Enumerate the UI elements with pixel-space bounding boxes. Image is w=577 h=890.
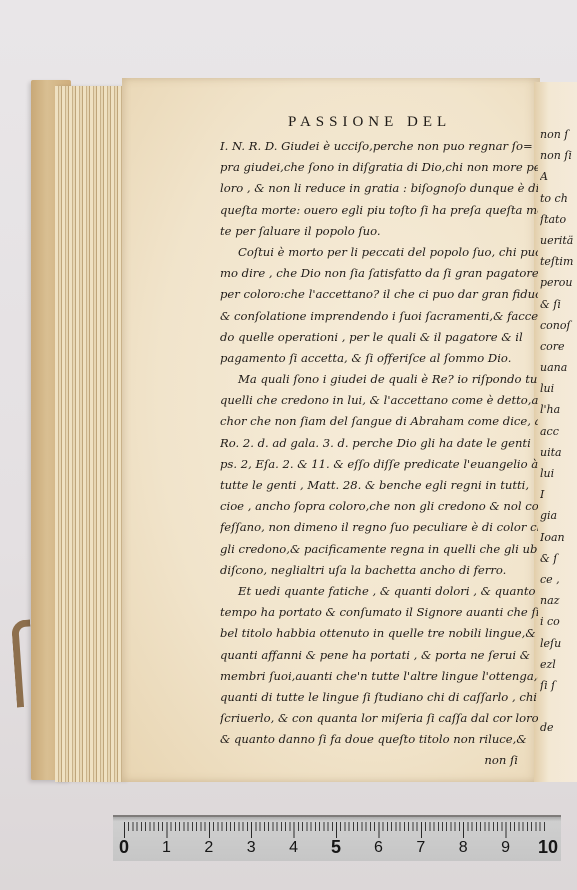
ruler-label: 0 [119, 837, 129, 858]
text-line: quanti affanni & pene ha portati , & por… [220, 645, 538, 666]
text-line: pagamento ſi accetta, & ſi offeriſce al … [220, 348, 538, 369]
text-line: tempo ha portato & conſumato il Signore … [220, 602, 538, 623]
text-line: loro , & non li reduce in gratia : biſog… [220, 178, 538, 199]
text-fragment: de [540, 717, 577, 738]
text-line: Coſtui è morto per li peccati del popolo… [220, 242, 538, 263]
text-line: gli credono,& pacificamente regna in que… [220, 539, 538, 560]
text-fragment: gia [540, 505, 577, 526]
text-line: chor che non ſiam del ſangue di Abraham … [220, 411, 538, 432]
text-fragment: uita [540, 442, 577, 463]
text-fragment [540, 696, 577, 717]
text-line: quelli che credono in lui, & l'accettano… [220, 390, 538, 411]
text-fragment: ce , [540, 569, 577, 590]
text-line: ps. 2, Eſa. 2. & 11. & eſſo diſſe predic… [220, 454, 538, 475]
text-line: te per ſaluare il popolo ſuo. [220, 221, 538, 242]
page-text: I. N. R. D. Giudei è ucciſo,perche non p… [220, 136, 538, 772]
page-edges [55, 86, 125, 782]
text-fragment: ſi ſ [540, 675, 577, 696]
text-fragment: teſtim [540, 251, 577, 272]
ruler-label: 4 [289, 839, 298, 857]
text-fragment: & ſi [540, 294, 577, 315]
text-line: queſta morte: ouero egli piu toſto ſi ha… [220, 200, 538, 221]
catchword: non ſi [220, 750, 538, 771]
text-fragment: acc [540, 421, 577, 442]
ruler-label: 7 [416, 839, 425, 857]
text-line: Ro. 2. d. ad gala. 3. d. perche Dio gli … [220, 433, 538, 454]
text-line: ſcriuerlo, & con quanta lor miſeria ſi c… [220, 708, 538, 729]
text-line: cioe , ancho ſopra coloro,che non gli cr… [220, 496, 538, 517]
text-fragment: perou [540, 272, 577, 293]
text-fragment: conoſ [540, 315, 577, 336]
text-fragment: ezl [540, 654, 577, 675]
text-line: mo dire , che Dio non ſia ſatisfatto da … [220, 263, 538, 284]
text-line: I. N. R. D. Giudei è ucciſo,perche non p… [220, 136, 538, 157]
text-fragment: non ſi [540, 145, 577, 166]
text-line: pra giudei,che ſono in diſgratia di Dio,… [220, 157, 538, 178]
text-line: Ma quali ſono i giudei de quali è Re? io… [220, 369, 538, 390]
text-line: diſcono, neglialtri uſa la bachetta anch… [220, 560, 538, 581]
ruler-label: 3 [247, 839, 256, 857]
ruler-label: 6 [374, 839, 383, 857]
text-line: do quelle operationi , per le quali & il… [220, 327, 538, 348]
text-fragment: uana [540, 357, 577, 378]
text-fragment: leſu [540, 633, 577, 654]
ruler-label: 9 [501, 839, 510, 857]
text-fragment: ueritä [540, 230, 577, 251]
text-fragment: lui [540, 463, 577, 484]
text-fragment: A [540, 166, 577, 187]
text-fragment: to ch [540, 188, 577, 209]
text-line: quanti di tutte le lingue ſi ſtudiano ch… [220, 687, 538, 708]
text-line: per coloro:che l'accettano? il che ci pu… [220, 284, 538, 305]
book-photo: PASSIONE DEL I. N. R. D. Giudei è ucciſo… [0, 0, 577, 890]
running-head: PASSIONE DEL [288, 114, 451, 131]
text-fragment: lui [540, 378, 577, 399]
text-fragment: & ſ [540, 548, 577, 569]
text-fragment: I [540, 484, 577, 505]
ruler-label: 8 [459, 839, 468, 857]
text-line: & conſolatione imprendendo i ſuoi ſacram… [220, 306, 538, 327]
text-line: bel titolo habbia ottenuto in quelle tre… [220, 623, 538, 644]
ruler-label: 1 [162, 839, 171, 857]
text-line: feſſano, non dimeno il regno ſuo peculia… [220, 517, 538, 538]
ruler-label: 5 [331, 837, 341, 858]
ruler-ticks [124, 822, 548, 838]
text-line: Et uedi quante fatiche , & quanti dolori… [220, 581, 538, 602]
text-fragment: core [540, 336, 577, 357]
ruler-label: 2 [204, 839, 213, 857]
text-line: membri ſuoi,auanti che'n tutte l'altre l… [220, 666, 538, 687]
text-fragment: i co [540, 611, 577, 632]
text-fragment: non ſ [540, 124, 577, 145]
text-line: tutte le genti , Matt. 28. & benche egli… [220, 475, 538, 496]
right-page-text: non ſ non ſi A to ch ſtato ueritä teſtim… [540, 124, 577, 738]
text-fragment: ſtato [540, 209, 577, 230]
text-line: & quanto danno ſi fa doue queſto titolo … [220, 729, 538, 750]
text-fragment: Ioan [540, 527, 577, 548]
scale-ruler: 0 1 2 3 4 5 6 7 8 9 10 [113, 815, 561, 861]
text-fragment: l'ha [540, 399, 577, 420]
text-fragment: naz [540, 590, 577, 611]
ruler-label: 10 [538, 837, 558, 858]
